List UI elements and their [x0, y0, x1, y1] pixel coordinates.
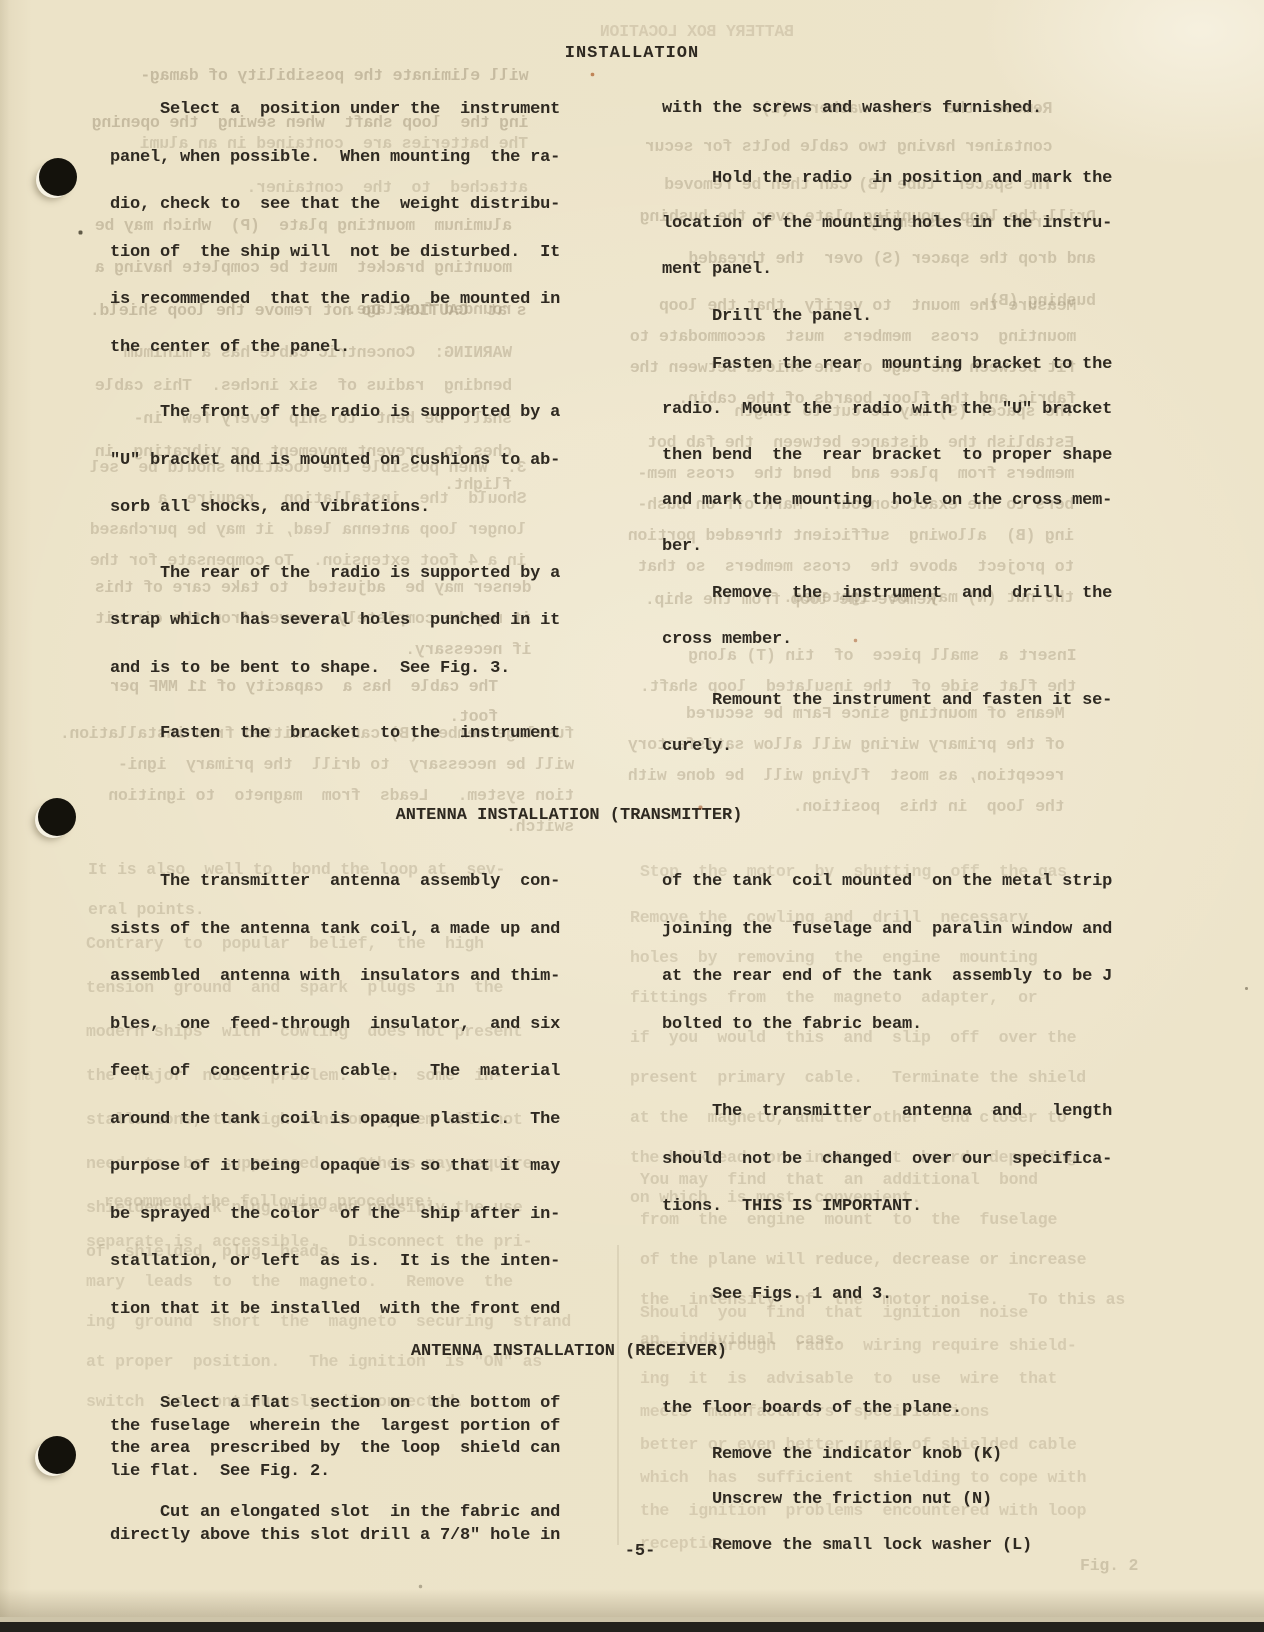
section-heading-transmitter: ANTENNA INSTALLATION (TRANSMITTER) [0, 806, 1201, 825]
paragraph: Drill the panel. [662, 294, 1112, 340]
paragraph: The rear of the radio is supported by a … [110, 550, 560, 693]
paragraph: of the tank coil mounted on the metal st… [662, 858, 1112, 1048]
paragraph: See Figs. 1 and 3. [662, 1271, 1112, 1319]
paragraph: Unscrew the friction nut (N) [662, 1477, 1032, 1523]
bleedthrough-text: BATTERY BOX LOCATION [600, 22, 794, 41]
paragraph: the floor boards of the plane. [662, 1386, 1032, 1432]
installation-right-column: with the screws and washers furnished. H… [662, 86, 1112, 769]
paragraph: The front of the radio is supported by a… [110, 389, 560, 532]
transmitter-left-column: The transmitter antenna assembly con- si… [110, 858, 560, 1333]
page-title: INSTALLATION [0, 44, 1264, 63]
paragraph: with the screws and washers furnished. [662, 86, 1112, 132]
receiver-right-column: the floor boards of the plane. Remove th… [662, 1386, 1032, 1568]
paragraph: Remount the instrument and fasten it se-… [662, 678, 1112, 769]
document-page: { "style": {"paper": "#ece3c8", "ink": "… [0, 0, 1264, 1632]
punch-hole [38, 798, 76, 836]
paragraph: Select a position under the instrument p… [110, 86, 560, 371]
receiver-left-column: Select a flat section on the bottom of t… [110, 1393, 560, 1547]
paragraph: Remove the instrument and drill the cros… [662, 571, 1112, 662]
transmitter-right-column: of the tank coil mounted on the metal st… [662, 858, 1112, 1318]
scan-background-edge [0, 1622, 1264, 1632]
paragraph: The transmitter antenna assembly con- si… [110, 858, 560, 1333]
paragraph: Remove the indicator knob (K) [662, 1432, 1032, 1478]
paragraph: Cut an elongated slot in the fabric and … [110, 1502, 560, 1547]
paper-specks [0, 0, 1, 1]
punch-hole [39, 158, 77, 196]
paragraph: Fasten the bracket to the instrument [110, 710, 560, 758]
paragraph: Fasten the rear mounting bracket to the … [662, 342, 1112, 570]
section-heading-receiver: ANTENNA INSTALLATION (RECEIVER) [0, 1342, 1201, 1361]
paper-crease [617, 1245, 619, 1545]
paragraph: Hold the radio in position and mark the … [662, 156, 1112, 293]
paragraph: Select a flat section on the bottom of t… [110, 1393, 560, 1483]
installation-left-column: Select a position under the instrument p… [110, 86, 560, 758]
punch-hole [38, 1436, 76, 1474]
paper-bottom-shadow [0, 1589, 1264, 1617]
page-number: -5- [8, 1542, 1264, 1561]
paragraph: The transmitter antenna and length shoul… [662, 1088, 1112, 1231]
